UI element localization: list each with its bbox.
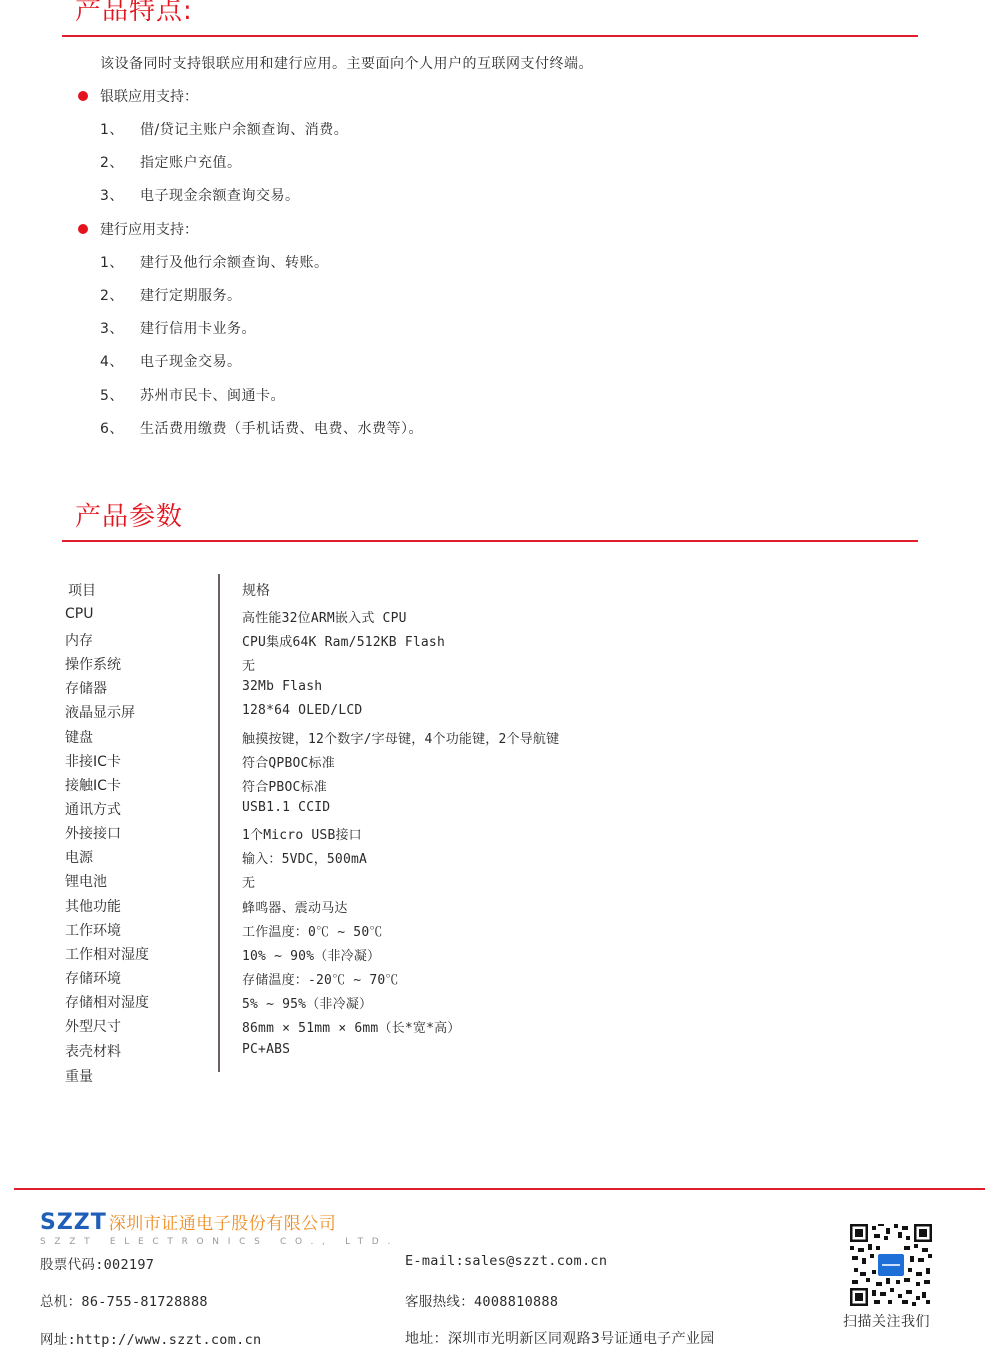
logo-mark: SZZT (40, 1212, 107, 1234)
spec-label: 操作系统 (65, 654, 121, 674)
spec-value: 蜂鸣器、震动马达 (242, 897, 348, 916)
spec-label: 非接IC卡 (65, 751, 121, 771)
spec-value: 10% ~ 90%（非冷凝） (242, 945, 380, 964)
item-number: 3、 (100, 185, 140, 205)
unionpay-heading-text: 银联应用支持： (100, 86, 198, 106)
unionpay-item-1: 1、 借/贷记主账户余额查询、消费。 (100, 119, 348, 139)
item-number: 4、 (100, 351, 140, 371)
spec-value: 无 (242, 655, 255, 674)
qr-caption: 扫描关注我们 (843, 1311, 930, 1331)
item-number: 3、 (100, 318, 140, 338)
item-number: 6、 (100, 418, 140, 438)
spec-label: 其他功能 (65, 896, 121, 916)
spec-label: 液晶显示屏 (65, 702, 135, 722)
spec-value: 32Mb Flash (242, 679, 322, 694)
qr-code-icon (850, 1224, 932, 1306)
stock-code-text: 股票代码:002197 (40, 1257, 154, 1273)
unionpay-item-3: 3、 电子现金余额查询交易。 (100, 185, 300, 205)
logo-name-cn: 深圳市证通电子股份有限公司 (109, 1216, 337, 1233)
spec-value: USB1.1 CCID (242, 800, 330, 815)
email[interactable]: E-mail:sales@szzt.com.cn (405, 1253, 607, 1269)
spec-value: 输入：5VDC，500mA (242, 848, 367, 867)
red-bullet-icon (78, 91, 88, 101)
spec-value: 工作温度：0℃ ~ 50℃ (242, 921, 383, 940)
ccb-item-4: 4、 电子现金交易。 (100, 351, 242, 371)
specs-header-spec: 规格 (242, 580, 270, 600)
footer-rule (14, 1188, 985, 1190)
ccb-heading-text: 建行应用支持： (100, 219, 198, 239)
email-link[interactable]: E-mail:sales@szzt.com.cn (405, 1253, 607, 1269)
spec-label: 电源 (65, 847, 93, 867)
item-text: 苏州市民卡、闽通卡。 (140, 385, 285, 405)
stock-code: 股票代码:002197 (40, 1253, 154, 1273)
specs-header-item: 项目 (68, 580, 96, 600)
spec-value: 存储温度：-20℃ ~ 70℃ (242, 969, 399, 988)
company-logo: SZZT 深圳市证通电子股份有限公司 SZZT ELECTRONICS CO.,… (40, 1212, 399, 1247)
item-text: 生活费用缴费（手机话费、电费、水费等）。 (140, 418, 423, 438)
spec-value: 86mm × 51mm × 6mm（长*宽*高） (242, 1017, 461, 1036)
spec-label: 存储相对湿度 (65, 992, 149, 1012)
spec-label: 存储器 (65, 678, 107, 698)
main-phone-text: 总机：86-755-81728888 (40, 1294, 208, 1310)
spec-label: CPU (65, 606, 93, 622)
item-text: 建行及他行余额查询、转账。 (140, 252, 329, 272)
red-bullet-icon (78, 224, 88, 234)
item-text: 电子现金余额查询交易。 (140, 185, 300, 205)
features-title-rule (62, 35, 918, 37)
item-number: 2、 (100, 285, 140, 305)
spec-label: 存储环境 (65, 968, 121, 988)
item-text: 建行信用卡业务。 (140, 318, 256, 338)
spec-label: 外接接口 (65, 823, 121, 843)
features-title: 产品特点: (75, 0, 193, 24)
features-intro: 该设备同时支持银联应用和建行应用。主要面向个人用户的互联网支付终端。 (100, 53, 593, 73)
ccb-item-2: 2、 建行定期服务。 (100, 285, 242, 305)
main-phone: 总机：86-755-81728888 (40, 1290, 208, 1310)
spec-label: 通讯方式 (65, 799, 121, 819)
ccb-support-heading: 建行应用支持： (78, 219, 198, 239)
item-text: 指定账户充值。 (140, 152, 242, 172)
website-link[interactable]: 网址:http://www.szzt.com.cn (40, 1332, 261, 1347)
specs-column-divider (218, 574, 220, 1072)
spec-label: 接触IC卡 (65, 775, 121, 795)
hotline-text: 客服热线：4008810888 (405, 1294, 558, 1310)
item-text: 电子现金交易。 (140, 351, 242, 371)
logo-name-en: SZZT ELECTRONICS CO., LTD. (40, 1237, 399, 1247)
spec-label: 内存 (65, 630, 93, 650)
ccb-item-1: 1、 建行及他行余额查询、转账。 (100, 252, 329, 272)
ccb-item-3: 3、 建行信用卡业务。 (100, 318, 256, 338)
spec-value: 符合QPBOC标准 (242, 752, 335, 771)
spec-value: CPU集成64K Ram/512KB Flash (242, 631, 445, 650)
spec-value: 触摸按键，12个数字/字母键，4个功能键，2个导航键 (242, 728, 559, 747)
item-number: 1、 (100, 252, 140, 272)
spec-label: 重量 (65, 1066, 93, 1086)
ccb-item-6: 6、 生活费用缴费（手机话费、电费、水费等）。 (100, 418, 423, 438)
item-number: 5、 (100, 385, 140, 405)
spec-value: 符合PBOC标准 (242, 776, 327, 795)
address: 地址：深圳市光明新区同观路3号证通电子产业园 (405, 1328, 715, 1347)
unionpay-support-heading: 银联应用支持： (78, 86, 198, 106)
ccb-item-5: 5、 苏州市民卡、闽通卡。 (100, 385, 285, 405)
spec-label: 表壳材料 (65, 1041, 121, 1061)
spec-value: 5% ~ 95%（非冷凝） (242, 993, 372, 1012)
spec-label: 外型尺寸 (65, 1016, 121, 1036)
specs-title: 产品参数 (75, 504, 183, 530)
specs-title-rule (62, 540, 918, 542)
website[interactable]: 网址:http://www.szzt.com.cn (40, 1328, 261, 1347)
item-number: 1、 (100, 119, 140, 139)
spec-value: 128*64 OLED/LCD (242, 703, 362, 718)
item-text: 建行定期服务。 (140, 285, 242, 305)
spec-label: 工作环境 (65, 920, 121, 940)
spec-value: 1个Micro USB接口 (242, 824, 362, 843)
spec-label: 键盘 (65, 727, 93, 747)
spec-value: PC+ABS (242, 1042, 290, 1057)
spec-value: 高性能32位ARM嵌入式 CPU (242, 607, 407, 626)
spec-value: 无 (242, 872, 255, 891)
address-text: 地址：深圳市光明新区同观路3号证通电子产业园 (405, 1331, 715, 1347)
spec-label: 工作相对湿度 (65, 944, 149, 964)
item-text: 借/贷记主账户余额查询、消费。 (140, 119, 348, 139)
item-number: 2、 (100, 152, 140, 172)
hotline: 客服热线：4008810888 (405, 1290, 558, 1310)
unionpay-item-2: 2、 指定账户充值。 (100, 152, 242, 172)
spec-label: 锂电池 (65, 871, 107, 891)
